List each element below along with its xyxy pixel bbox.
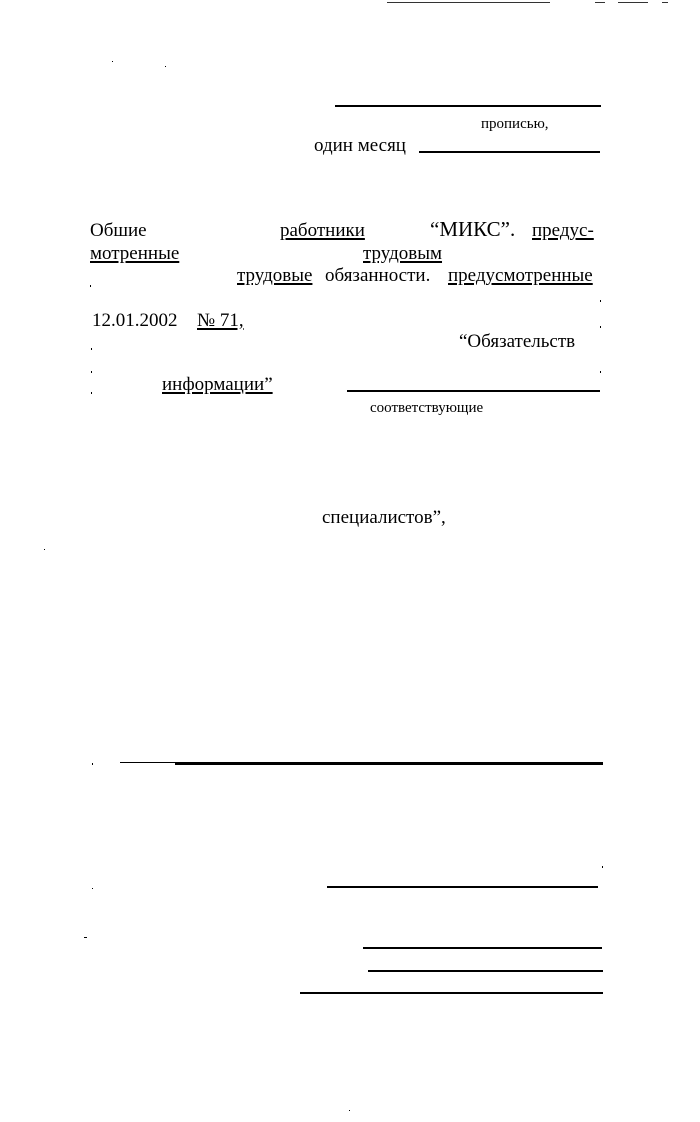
word-trudovym: трудовым: [363, 243, 442, 265]
word-motrennye: мотренные: [90, 243, 179, 265]
scan-artifact: [595, 2, 605, 3]
scan-artifact: [662, 2, 668, 3]
signature-line-1: [327, 886, 598, 888]
information-word: информации”: [162, 374, 273, 396]
order-number: № 71,: [197, 310, 244, 332]
caption-propisyu: прописью,: [481, 115, 549, 133]
scan-artifact: [618, 2, 648, 3]
corresponding-caption: соответствующие: [370, 399, 483, 417]
scan-speck: [92, 763, 93, 765]
scan-speck: [91, 392, 92, 394]
word-predusmotrennye: предусмотренные: [448, 265, 593, 287]
word-trudovye: трудовые: [237, 265, 312, 287]
scan-speck: [165, 66, 166, 67]
company-name: “МИКС”.: [430, 218, 515, 240]
one-month-label: один месяц: [314, 135, 406, 157]
word-obyazannosti: обязанности.: [325, 265, 430, 287]
scan-speck: [91, 348, 92, 350]
word-predus: предус-: [532, 220, 594, 242]
scan-speck: [600, 300, 601, 302]
signature-line-3: [368, 970, 603, 972]
one-month-fill-line: [419, 151, 600, 153]
specialists-word: специалистов”,: [322, 507, 446, 529]
scan-speck: [84, 937, 87, 938]
signature-line: [335, 105, 601, 107]
signature-line-2: [363, 947, 602, 949]
order-date: 12.01.2002: [92, 310, 178, 332]
word-obshie: Обшие: [90, 220, 147, 242]
fill-line-information: [347, 390, 600, 392]
obligation-title: “Обязательств: [459, 331, 575, 353]
scan-speck: [90, 285, 91, 287]
scan-speck: [349, 1110, 350, 1111]
scan-speck: [600, 371, 601, 373]
word-rabotniki: работники: [280, 220, 365, 242]
divider-line-thick: [175, 762, 603, 765]
scan-speck: [44, 549, 45, 550]
scan-speck: [91, 371, 92, 373]
scan-speck: [112, 61, 113, 62]
signature-line-4: [300, 992, 603, 994]
divider-line-thin: [120, 762, 175, 763]
scan-artifact: [510, 2, 550, 3]
scan-speck: [602, 866, 603, 868]
scan-speck: [600, 326, 601, 328]
scan-speck: [92, 888, 93, 889]
